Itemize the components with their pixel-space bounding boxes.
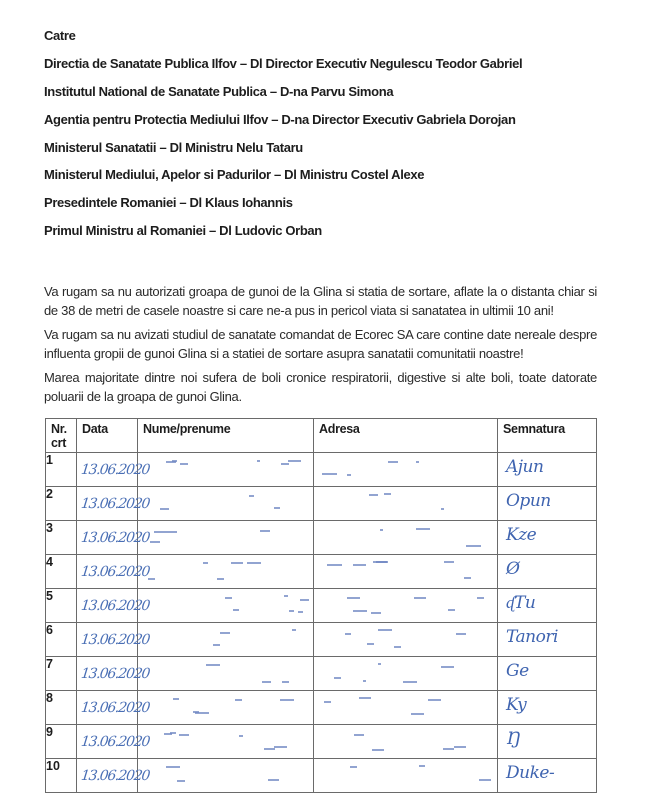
redacted-mark (260, 530, 270, 532)
table-row: 413.06.2020Ø (46, 555, 597, 589)
table-header-row: Nr. crt Data Nume/prenume Adresa Semnatu… (46, 419, 597, 453)
redacted-mark (225, 597, 232, 599)
redacted-mark (166, 766, 180, 768)
signature-cell: Ø (498, 555, 597, 589)
redacted-mark (288, 460, 302, 462)
redacted-mark (231, 562, 243, 564)
date-cell: 13.06.2020 (77, 521, 138, 555)
redacted-mark (441, 666, 454, 668)
address-cell-redacted (314, 487, 498, 521)
recipient-presedinte: Presedintele Romaniei – Dl Klaus Iohanni… (44, 195, 293, 210)
redacted-mark (160, 508, 169, 510)
name-cell-redacted (138, 589, 314, 623)
table-row: 513.06.2020ᶑTu (46, 589, 597, 623)
redacted-mark (203, 562, 208, 564)
address-cell-redacted (314, 555, 498, 589)
redacted-mark (274, 746, 287, 748)
name-cell-redacted (138, 487, 314, 521)
date-cell: 13.06.2020 (77, 555, 138, 589)
signature-cell: Ge (498, 657, 597, 691)
redacted-mark (264, 748, 275, 750)
date-cell: 13.06.2020 (77, 759, 138, 793)
redacted-mark (282, 681, 287, 683)
handwritten-signature: Ky (506, 695, 526, 715)
date-cell: 13.06.2020 (77, 487, 138, 521)
redacted-mark (350, 766, 357, 768)
redacted-mark (456, 633, 466, 635)
table-row: 113.06.2020Ajun (46, 453, 597, 487)
redacted-mark (363, 680, 367, 682)
table-row: 713.06.2020Ge (46, 657, 597, 691)
row-number: 1 (46, 453, 77, 487)
header-signature: Semnatura (498, 419, 597, 453)
handwritten-signature: ᶑTu (506, 593, 535, 613)
row-number: 2 (46, 487, 77, 521)
redacted-mark (170, 732, 176, 734)
name-cell-redacted (138, 725, 314, 759)
table-row: 1013.06.2020Duke- (46, 759, 597, 793)
redacted-mark (334, 677, 341, 679)
redacted-mark (268, 779, 280, 781)
row-number: 5 (46, 589, 77, 623)
redacted-mark (284, 595, 288, 597)
date-cell: 13.06.2020 (77, 691, 138, 725)
handwritten-signature: Kze (506, 525, 536, 545)
handwritten-signature: Ŋ (506, 729, 520, 749)
redacted-mark (380, 529, 384, 531)
redacted-mark (239, 735, 242, 737)
redacted-mark (403, 681, 416, 683)
redacted-mark (220, 632, 230, 634)
redacted-mark (444, 561, 454, 563)
name-cell-redacted (138, 759, 314, 793)
address-cell-redacted (314, 521, 498, 555)
address-cell-redacted (314, 623, 498, 657)
redacted-mark (428, 699, 441, 701)
signature-cell: Tanori (498, 623, 597, 657)
signature-cell: Ŋ (498, 725, 597, 759)
paragraph-request-authorization: Va rugam sa nu autorizati groapa de guno… (44, 282, 597, 320)
recipient-apm-ilfov: Agentia pentru Protectia Mediului Ilfov … (44, 112, 516, 127)
handwritten-signature: Duke- (506, 763, 554, 783)
redacted-mark (347, 474, 351, 476)
date-cell: 13.06.2020 (77, 657, 138, 691)
row-number: 9 (46, 725, 77, 759)
row-number: 10 (46, 759, 77, 793)
header-date: Data (77, 419, 138, 453)
handwritten-signature: Tanori (506, 627, 558, 647)
redacted-mark (150, 541, 160, 543)
signature-cell: Ky (498, 691, 597, 725)
redacted-mark (235, 699, 242, 701)
header-nr: Nr. crt (46, 419, 77, 453)
header-address: Adresa (314, 419, 498, 453)
handwritten-signature: Ø (506, 559, 519, 579)
redacted-mark (300, 599, 310, 601)
redacted-mark (249, 495, 254, 497)
redacted-mark (416, 461, 420, 463)
redacted-mark (233, 609, 239, 611)
address-cell-redacted (314, 691, 498, 725)
redacted-mark (466, 545, 481, 547)
date-cell: 13.06.2020 (77, 725, 138, 759)
redacted-mark (257, 460, 260, 462)
redacted-mark (327, 564, 342, 566)
recipient-prim-ministru: Primul Ministru al Romaniei – Dl Ludovic… (44, 223, 322, 238)
signature-table: Nr. crt Data Nume/prenume Adresa Semnatu… (45, 418, 597, 793)
redacted-mark (289, 610, 295, 612)
redacted-mark (180, 463, 188, 465)
redacted-mark (353, 564, 366, 566)
name-cell-redacted (138, 691, 314, 725)
name-cell-redacted (138, 623, 314, 657)
recipient-insp: Institutul National de Sanatate Publica … (44, 84, 393, 99)
redacted-mark (411, 713, 424, 715)
signature-cell: ᶑTu (498, 589, 597, 623)
redacted-mark (479, 779, 491, 781)
redacted-mark (372, 749, 384, 751)
redacted-mark (359, 697, 372, 699)
redacted-mark (378, 629, 392, 631)
signature-cell: Opun (498, 487, 597, 521)
redacted-mark (213, 644, 220, 646)
redacted-mark (347, 597, 360, 599)
table-row: 813.06.2020Ky (46, 691, 597, 725)
redacted-mark (384, 493, 390, 495)
redacted-mark (173, 698, 179, 700)
redacted-mark (414, 597, 426, 599)
redacted-mark (154, 531, 162, 533)
name-cell-redacted (138, 453, 314, 487)
table-row: 613.06.2020Tanori (46, 623, 597, 657)
redacted-mark (388, 461, 397, 463)
name-cell-redacted (138, 521, 314, 555)
table-row: 313.06.2020Kze (46, 521, 597, 555)
row-number: 8 (46, 691, 77, 725)
signature-cell: Kze (498, 521, 597, 555)
redacted-mark (477, 597, 484, 599)
redacted-mark (206, 664, 220, 666)
handwritten-signature: Ajun (506, 457, 543, 477)
redacted-mark (367, 643, 374, 645)
redacted-mark (177, 780, 186, 782)
redacted-mark (324, 701, 330, 703)
redacted-mark (247, 562, 261, 564)
name-cell-redacted (138, 657, 314, 691)
address-cell-redacted (314, 589, 498, 623)
redacted-mark (443, 748, 454, 750)
redacted-mark (280, 699, 294, 701)
table-row: 913.06.2020Ŋ (46, 725, 597, 759)
redacted-mark (322, 473, 337, 475)
redacted-mark (195, 712, 209, 714)
row-number: 4 (46, 555, 77, 589)
redacted-mark (281, 463, 289, 465)
recipient-ministerul-mediului: Ministerul Mediului, Apelor si Padurilor… (44, 167, 424, 182)
salutation: Catre (44, 28, 76, 43)
redacted-mark (148, 578, 155, 580)
name-cell-redacted (138, 555, 314, 589)
redacted-mark (394, 646, 401, 648)
date-cell: 13.06.2020 (77, 453, 138, 487)
redacted-mark (262, 681, 271, 683)
redacted-mark (274, 507, 280, 509)
redacted-mark (454, 746, 467, 748)
redacted-mark (162, 531, 177, 533)
date-cell: 13.06.2020 (77, 589, 138, 623)
redacted-mark (298, 611, 304, 613)
redacted-mark (369, 494, 377, 496)
redacted-mark (419, 765, 425, 767)
redacted-mark (353, 610, 367, 612)
handwritten-signature: Opun (506, 491, 551, 511)
redacted-mark (172, 460, 176, 462)
redacted-mark (354, 734, 364, 736)
redacted-mark (371, 612, 381, 614)
redacted-mark (373, 561, 387, 563)
address-cell-redacted (314, 657, 498, 691)
header-name: Nume/prenume (138, 419, 314, 453)
table-row: 213.06.2020Opun (46, 487, 597, 521)
redacted-mark (345, 633, 350, 635)
signature-cell: Ajun (498, 453, 597, 487)
redacted-mark (179, 734, 189, 736)
recipient-ministerul-sanatatii: Ministerul Sanatatii – Dl Ministru Nelu … (44, 140, 303, 155)
redacted-mark (292, 629, 296, 631)
redacted-mark (448, 609, 455, 611)
date-cell: 13.06.2020 (77, 623, 138, 657)
redacted-mark (464, 577, 472, 579)
handwritten-signature: Ge (506, 661, 529, 681)
row-number: 3 (46, 521, 77, 555)
address-cell-redacted (314, 759, 498, 793)
redacted-mark (416, 528, 430, 530)
address-cell-redacted (314, 453, 498, 487)
redacted-mark (217, 578, 224, 580)
signature-cell: Duke- (498, 759, 597, 793)
redacted-mark (378, 663, 381, 665)
recipient-dsp-ilfov: Directia de Sanatate Publica Ilfov – Dl … (44, 56, 522, 71)
paragraph-health-impact: Marea majoritate dintre noi sufera de bo… (44, 368, 597, 406)
address-cell-redacted (314, 725, 498, 759)
redacted-mark (441, 508, 444, 510)
row-number: 6 (46, 623, 77, 657)
row-number: 7 (46, 657, 77, 691)
paragraph-request-study: Va rugam sa nu avizati studiul de sanata… (44, 325, 597, 363)
